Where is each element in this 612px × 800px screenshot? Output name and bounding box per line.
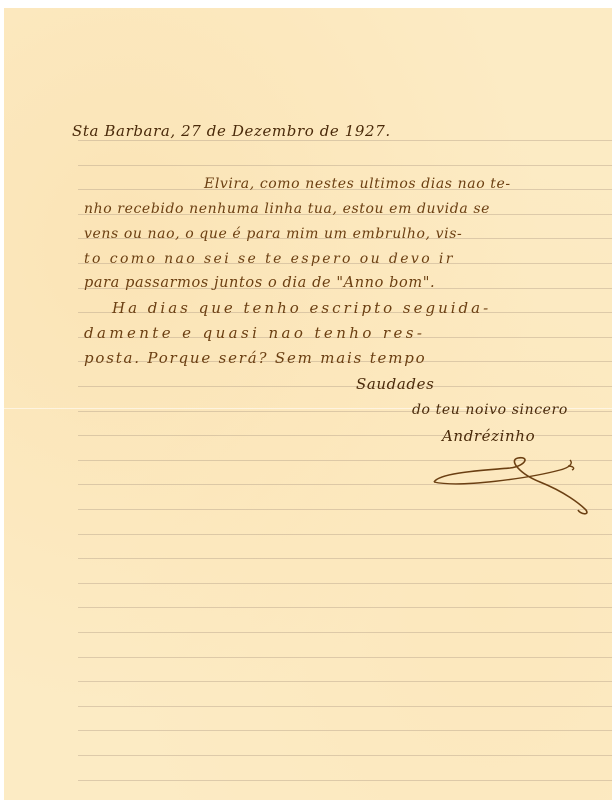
ruled-line xyxy=(78,165,612,166)
body-line-2: nho recebido nenhuma linha tua, estou em… xyxy=(84,201,490,217)
ruled-line xyxy=(78,583,612,584)
body-line-6: Ha dias que tenho escripto seguida- xyxy=(112,299,491,317)
ruled-line xyxy=(78,607,612,608)
ruled-line xyxy=(78,558,612,559)
signature: Andrézinho xyxy=(442,427,535,445)
body-line-4: to como nao sei se te espero ou devo ir xyxy=(84,251,455,267)
body-line-7: damente e quasi nao tenho res- xyxy=(84,324,425,342)
dateline: Sta Barbara, 27 de Dezembro de 1927. xyxy=(72,122,391,140)
ruled-line xyxy=(78,755,612,756)
ruled-line xyxy=(78,681,612,682)
ruled-line xyxy=(78,386,612,387)
body-line-1: Elvira, como nestes ultimos dias nao te- xyxy=(204,176,511,192)
body-line-3: vens ou nao, o que é para mim um embrulh… xyxy=(84,226,462,242)
ruled-line xyxy=(78,534,612,535)
ruled-line xyxy=(78,706,612,707)
ruled-line xyxy=(78,730,612,731)
valediction: do teu noivo sincero xyxy=(412,402,568,418)
ruled-line xyxy=(78,632,612,633)
closing: Saudades xyxy=(356,375,434,393)
ruled-line xyxy=(78,780,612,781)
letter-paper: Sta Barbara, 27 de Dezembro de 1927. Elv… xyxy=(4,8,612,800)
body-line-8: posta. Porque será? Sem mais tempo xyxy=(84,349,426,367)
body-line-5: para passarmos juntos o dia de "Anno bom… xyxy=(84,275,435,291)
ruled-line xyxy=(78,657,612,658)
ruled-line xyxy=(78,140,612,141)
signature-flourish xyxy=(430,448,610,518)
